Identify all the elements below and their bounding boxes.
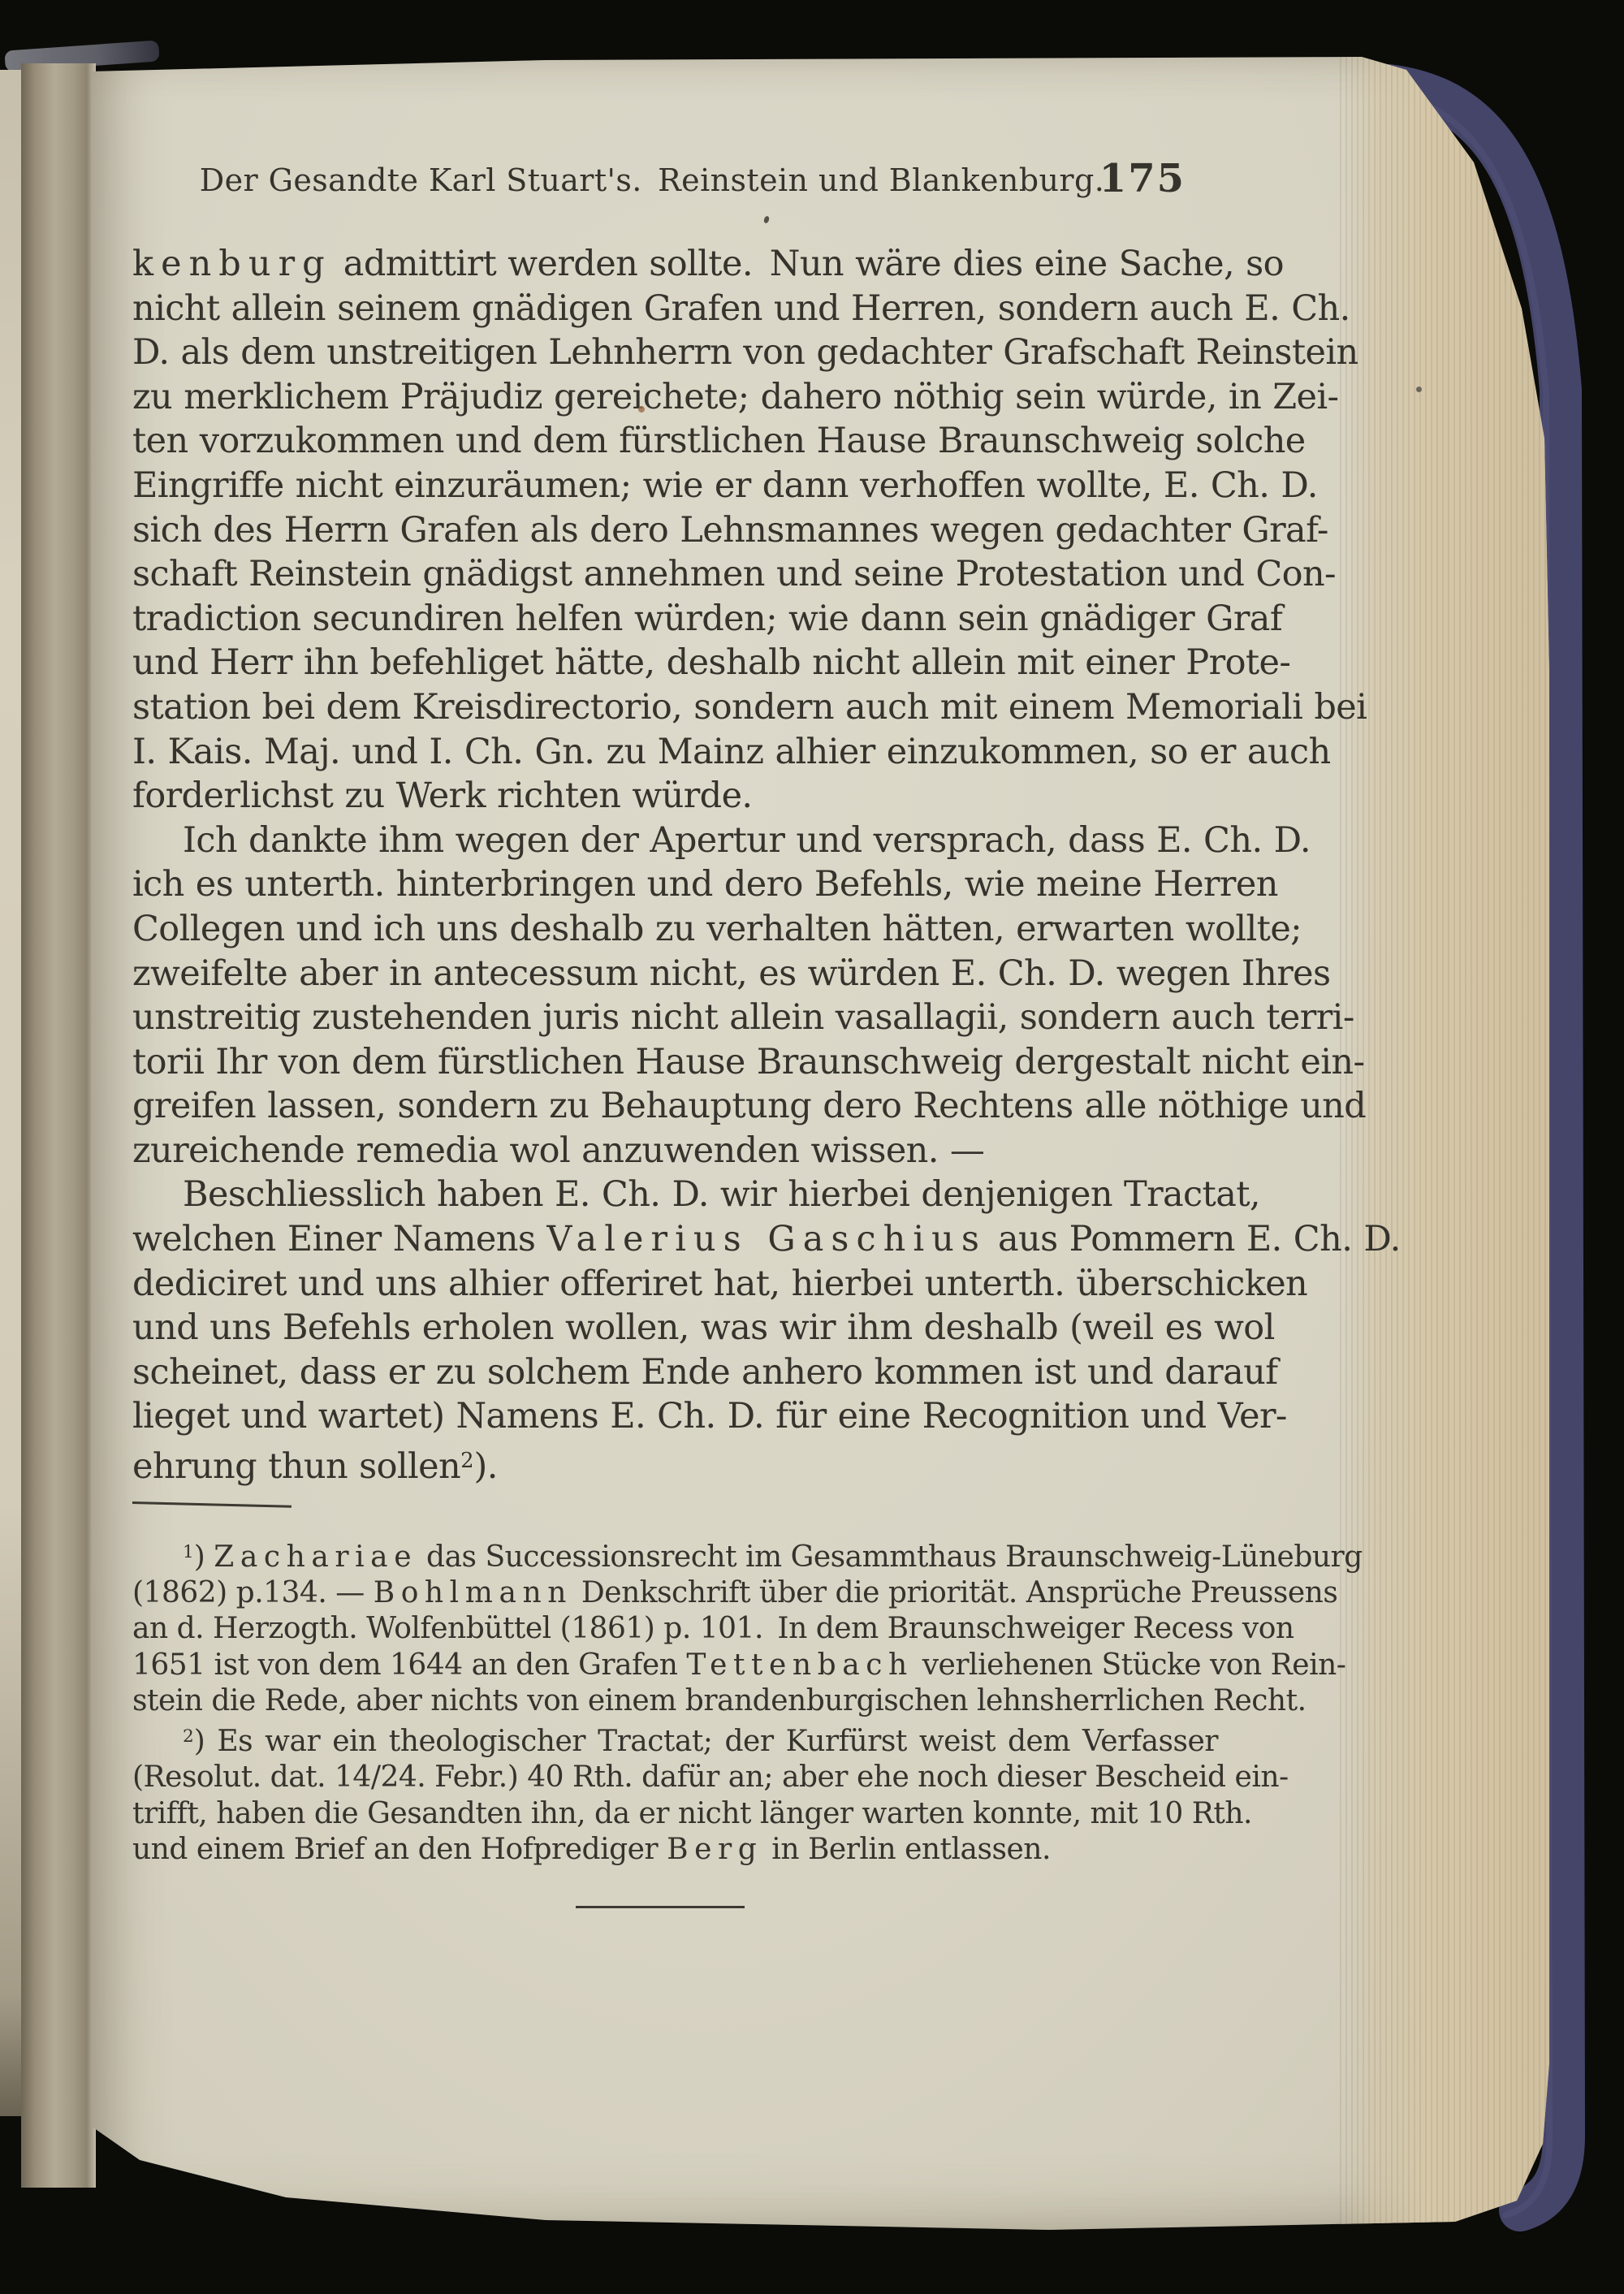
page-header: Der Gesandte Karl Stuart's. Reinstein un… <box>132 162 1218 219</box>
footnotes: 1) Zachariae das Successionsrecht im Ges… <box>132 1535 1218 1868</box>
scan-speck <box>1416 387 1422 392</box>
body-line: station bei dem Kreisdirectorio, sondern… <box>132 685 1218 730</box>
body-line: Beschliesslich haben E. Ch. D. wir hierb… <box>132 1173 1218 1217</box>
body-line: ten vorzukommen und dem fürstlichen Haus… <box>132 419 1218 464</box>
scan-speck <box>638 406 645 413</box>
footnote-line: 1) Zachariae das Successionsrecht im Ges… <box>132 1535 1218 1575</box>
body-line: schaft Reinstein gnädigst annehmen und s… <box>132 552 1218 597</box>
body-line: zureichende remedia wol anzuwenden wisse… <box>132 1129 1218 1173</box>
body-line: nicht allein seinem gnädigen Grafen und … <box>132 287 1218 331</box>
paragraph: Beschliesslich haben E. Ch. D. wir hierb… <box>132 1173 1218 1488</box>
body-line: Collegen und ich uns deshalb zu verhalte… <box>132 907 1218 952</box>
body-line: D. als dem unstreitigen Lehnherrn von ge… <box>132 330 1218 375</box>
book-scan: Der Gesandte Karl Stuart's. Reinstein un… <box>0 0 1624 2294</box>
running-title: Der Gesandte Karl Stuart's. Reinstein un… <box>132 162 1172 198</box>
footnote-line: stein die Rede, aber nichts von einem br… <box>132 1683 1218 1719</box>
page-number: 175 <box>1099 156 1186 201</box>
footnote-line: (1862) p.134. — Bohlmann Denkschrift übe… <box>132 1575 1218 1611</box>
body-line: kenburg admittirt werden sollte. Nun wär… <box>132 242 1218 287</box>
body-line: sich des Herrn Grafen als dero Lehnsmann… <box>132 508 1218 553</box>
footnote: 2) Es war ein theologischer Tractat; der… <box>132 1719 1218 1868</box>
body-text: kenburg admittirt werden sollte. Nun wär… <box>132 242 1218 1489</box>
footnote-line: 2) Es war ein theologischer Tractat; der… <box>132 1719 1218 1760</box>
paragraph: kenburg admittirt werden sollte. Nun wär… <box>132 242 1218 819</box>
body-line: Eingriffe nicht einzuräumen; wie er dann… <box>132 464 1218 508</box>
footnote-line: an d. Herzogth. Wolfenbüttel (1861) p. 1… <box>132 1611 1218 1647</box>
page-fore-edge <box>1340 57 1549 2230</box>
body-line: Ich dankte ihm wegen der Apertur und ver… <box>132 819 1218 863</box>
body-line: ehrung thun sollen2). <box>132 1439 1218 1488</box>
body-line: und Herr ihn befehliget hätte, deshalb n… <box>132 641 1218 685</box>
body-line: welchen Einer Namens Valerius Gaschius a… <box>132 1217 1218 1262</box>
body-line: unstreitig zustehenden juris nicht allei… <box>132 996 1218 1040</box>
body-line: dediciret und uns alhier offeriret hat, … <box>132 1262 1218 1307</box>
body-line: torii Ihr von dem fürstlichen Hause Brau… <box>132 1040 1218 1085</box>
footnote: 1) Zachariae das Successionsrecht im Ges… <box>132 1535 1218 1719</box>
body-line: forderlichst zu Werk richten würde. <box>132 774 1218 819</box>
body-line: I. Kais. Maj. und I. Ch. Gn. zu Mainz al… <box>132 730 1218 775</box>
footnote-line: und einem Brief an den Hofprediger Berg … <box>132 1832 1218 1868</box>
paragraph: Ich dankte ihm wegen der Apertur und ver… <box>132 819 1218 1173</box>
body-line: lieget und wartet) Namens E. Ch. D. für … <box>132 1394 1218 1439</box>
footnote-line: 1651 ist von dem 1644 an den Grafen Tett… <box>132 1648 1218 1683</box>
body-line: scheinet, dass er zu solchem Ende anhero… <box>132 1350 1218 1395</box>
body-line: greifen lassen, sondern zu Behauptung de… <box>132 1084 1218 1129</box>
body-line: ich es unterth. hinterbringen und dero B… <box>132 862 1218 907</box>
end-rule <box>576 1906 745 1908</box>
body-line: zweifelte aber in antecessum nicht, es w… <box>132 952 1218 996</box>
footnote-line: trifft, haben die Gesandten ihn, da er n… <box>132 1796 1218 1832</box>
gutter-shadow <box>21 63 96 2188</box>
body-line: tradiction secundiren helfen würden; wie… <box>132 597 1218 642</box>
body-line: zu merklichem Präjudiz gereichete; daher… <box>132 375 1218 420</box>
footnote-line: (Resolut. dat. 14/24. Febr.) 40 Rth. daf… <box>132 1760 1218 1795</box>
body-line: und uns Befehls erholen wollen, was wir … <box>132 1306 1218 1350</box>
